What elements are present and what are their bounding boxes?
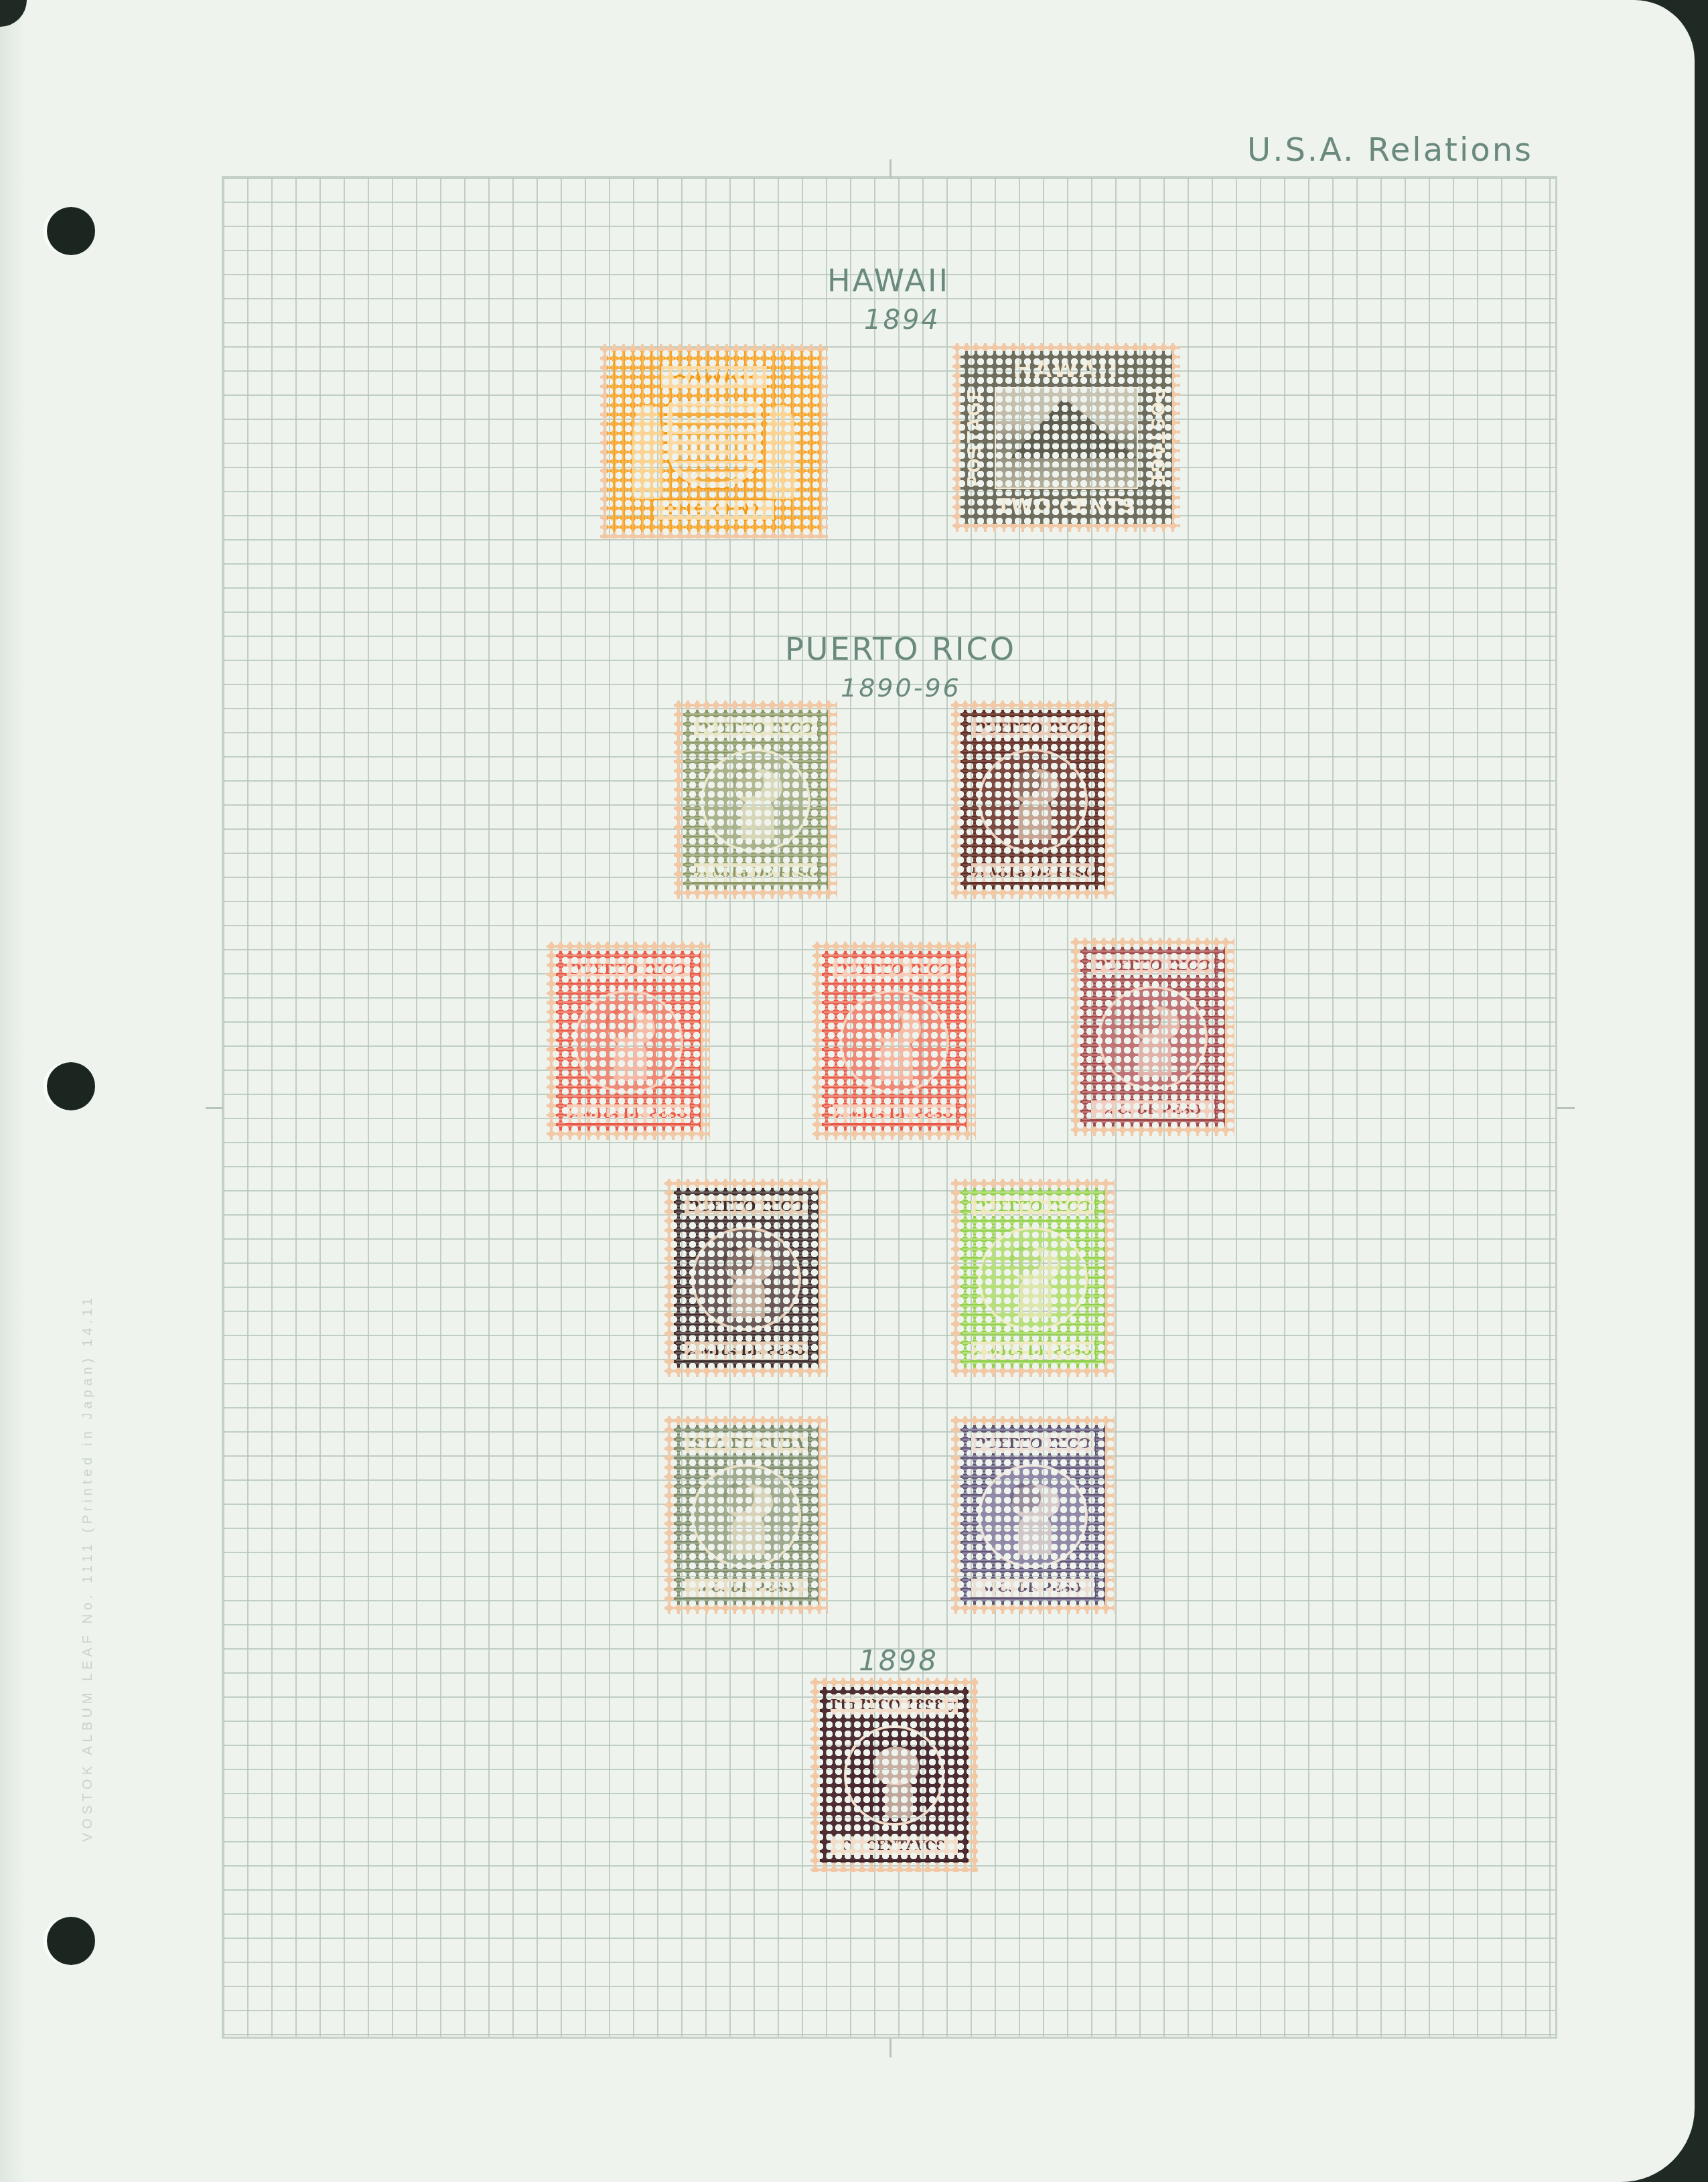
section-title-hawaii: HAWAII [827, 263, 950, 299]
center-tick-left [206, 1107, 223, 1109]
harbor-scene-icon [995, 387, 1139, 489]
stamp-puerto-rico: ISLA DE CUBA 5 C. DE PESO [664, 1416, 828, 1614]
center-tick-bottom [889, 2039, 892, 2057]
page-heading: U.S.A. Relations [1247, 131, 1533, 169]
stamp-puerto-rico: PUERTO-RICO 6 C. DE PESO [951, 1416, 1115, 1614]
portrait-oval [978, 1464, 1087, 1568]
stamp-top-label: PUERTO-RICO [970, 1431, 1096, 1455]
portrait-oval [978, 749, 1087, 853]
section-year-1898: 1898 [859, 1644, 938, 1677]
stamp-puerto-rico: PUERTO-RICO ½ MILa DE PESO [674, 701, 837, 899]
portrait-oval [573, 990, 683, 1094]
stamp-top-label: PUERTO-RICO [970, 1194, 1096, 1218]
binder-hole-icon [47, 1917, 95, 1965]
stamp-top-label: HAWAII [1013, 356, 1120, 383]
stamp-value-label: 2 MILs DE PESO [831, 1103, 958, 1124]
figure-left [632, 405, 662, 499]
stamp-puerto-rico: PUERTO-RICO 2 MILs DE PESO [812, 942, 976, 1140]
portrait-oval [839, 990, 948, 1094]
page-corner [0, 0, 27, 27]
stamp-value-label: ONE CENT [652, 499, 776, 521]
stamp-value-label: 2 C. DE PESO [1090, 1099, 1216, 1120]
side-label-right: POSTAGE [1143, 386, 1172, 490]
portrait-oval [691, 1464, 800, 1568]
stamp-hawaii-two-cents: HAWAII POSTAGE POSTAGE TWO CENTS [952, 343, 1180, 532]
coat-of-arms-icon [665, 399, 764, 490]
section-title-puerto-rico: PUERTO RICO [785, 631, 1016, 667]
stamp-value-label: 2 MILs DE PESO [970, 1340, 1096, 1362]
stamp-top-label: HAWAII [660, 364, 768, 390]
stamp-value-label: ½ MILa DE PESO [693, 862, 819, 883]
stamp-top-label: Pto RICO-1898 y 99 [829, 1693, 959, 1716]
binder-hole-icon [47, 1062, 95, 1110]
stamp-top-label: PUERTO-RICO [831, 957, 958, 980]
stamp-top-label: ISLA DE CUBA [683, 1431, 810, 1455]
stamp-top-label: PUERTO-RICO [693, 716, 819, 739]
section-year-hawaii: 1894 [864, 305, 940, 336]
stamp-value-label: 2 MILs DE PESO [683, 1340, 810, 1362]
stamp-puerto-rico: PUERTO-RICO 2 MILs DE PESO [951, 1179, 1115, 1377]
portrait-oval [691, 1227, 800, 1331]
portrait-medallion [844, 1725, 945, 1826]
stamp-value-label: 2 MILs DE PESO [565, 1103, 692, 1124]
side-label-left: POSTAGE [960, 386, 990, 490]
stamp-hawaii-one-cent: HAWAII ONE CENT [600, 344, 828, 538]
portrait-oval [1098, 986, 1207, 1090]
album-leaf: VOSTOK ALBUM LEAF No. 1111 (Printed in J… [0, 0, 1695, 2182]
stamp-value-label: TWO CENTS [997, 495, 1136, 518]
stamp-value-label: 6 C. DE PESO [970, 1577, 1096, 1599]
stamp-value-label: 3 - CENTAVOS [829, 1835, 959, 1857]
section-year-puerto-rico: 1890-96 [841, 673, 961, 703]
portrait-oval [701, 749, 810, 853]
stamp-top-label: PUERTO-RICO [1090, 953, 1216, 976]
stamp-puerto-rico: PUERTO-RICO 2 MILs DE PESO [664, 1179, 828, 1377]
stamp-puerto-rico: PUERTO-RICO 2 C. DE PESO [1071, 938, 1234, 1136]
stamp-puerto-rico: PUERTO-RICO 2 MILs DE PESO [547, 942, 710, 1140]
stamp-puerto-rico: PUERTO-RICO ½ MILa DE PESO [951, 701, 1115, 899]
stamp-top-label: PUERTO-RICO [683, 1194, 810, 1218]
center-tick-right [1557, 1107, 1575, 1109]
leaf-imprint: VOSTOK ALBUM LEAF No. 1111 (Printed in J… [80, 1294, 96, 1842]
stamp-value-label: 5 C. DE PESO [683, 1577, 810, 1599]
center-tick-top [889, 159, 892, 178]
binder-hole-icon [47, 207, 95, 255]
stamp-puerto-rico-1898-3-centavos: Pto RICO-1898 y 99 3 - CENTAVOS [810, 1678, 978, 1872]
stamp-top-label: PUERTO-RICO [970, 716, 1096, 739]
figure-right [766, 405, 796, 499]
stamp-top-label: PUERTO-RICO [565, 957, 692, 980]
stamp-value-label: ½ MILa DE PESO [970, 862, 1096, 883]
portrait-oval [978, 1227, 1087, 1331]
